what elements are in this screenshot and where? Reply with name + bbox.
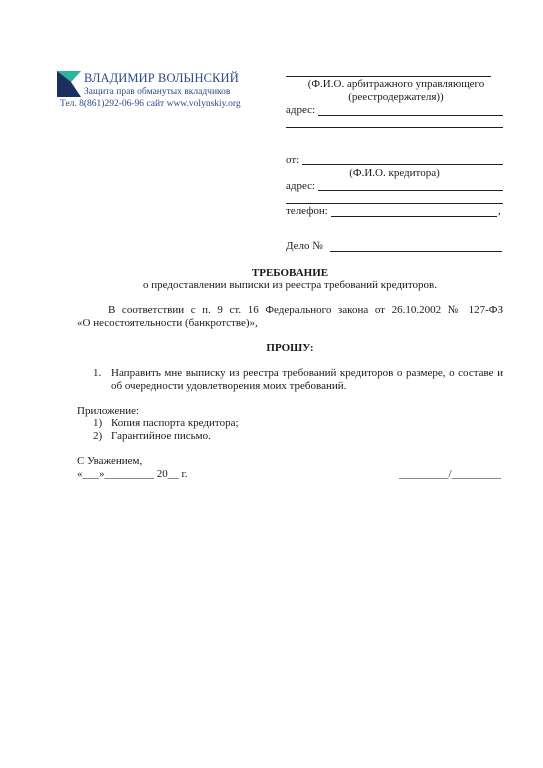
document-subtitle: о предоставлении выписки из реестра треб… [77, 279, 503, 292]
request-item-number: 1. [93, 367, 101, 380]
creditor-name-line [302, 164, 503, 165]
request-item-line1: Направить мне выписку из реестра требова… [111, 367, 503, 380]
address-line-2 [286, 127, 503, 128]
attachment-number: 1) [93, 417, 102, 430]
manager-name-line [286, 76, 491, 77]
brand-logo-icon [57, 71, 81, 97]
phone-suffix: , [498, 205, 501, 218]
case-label: Дело № [286, 240, 323, 253]
attachment-item: Копия паспорта кредитора; [111, 417, 239, 430]
basis-line-2: «О несостоятельности (банкротстве)», [77, 317, 258, 330]
request-heading: ПРОШУ: [77, 342, 503, 355]
from-label: от: [286, 154, 299, 167]
address-line-1 [318, 115, 503, 116]
address-label: адрес: [286, 104, 315, 117]
manager-caption-line1: (Ф.И.О. арбитражного управляющего [286, 78, 506, 91]
brand-tagline: Защита прав обманутых вкладчиков [84, 87, 230, 97]
creditor-address-label: адрес: [286, 180, 315, 193]
brand-contact: Тел. 8(861)292-06-96 сайт www.volynskiy.… [60, 99, 241, 109]
phone-label: телефон: [286, 205, 328, 218]
creditor-caption: (Ф.И.О. кредитора) [286, 167, 503, 180]
case-number-line [330, 251, 502, 252]
attachment-number: 2) [93, 430, 102, 443]
phone-line [331, 216, 497, 217]
date-line: «___»_________ 20__ г. [77, 468, 188, 481]
request-item-line2: об очередности удовлетворения моих требо… [111, 380, 346, 393]
manager-caption-line2: (реестродержателя)) [286, 91, 506, 104]
attachment-item: Гарантийное письмо. [111, 430, 211, 443]
basis-line-1: В соответствии с п. 9 ст. 16 Федеральног… [108, 304, 503, 317]
closing-text: С Уважением, [77, 455, 142, 468]
creditor-address-line-1 [318, 190, 503, 191]
brand-name: ВЛАДИМИР ВОЛЫНСКИЙ [84, 71, 239, 86]
signature-line: _________/_________ [399, 468, 501, 481]
creditor-address-line-2 [286, 203, 503, 204]
